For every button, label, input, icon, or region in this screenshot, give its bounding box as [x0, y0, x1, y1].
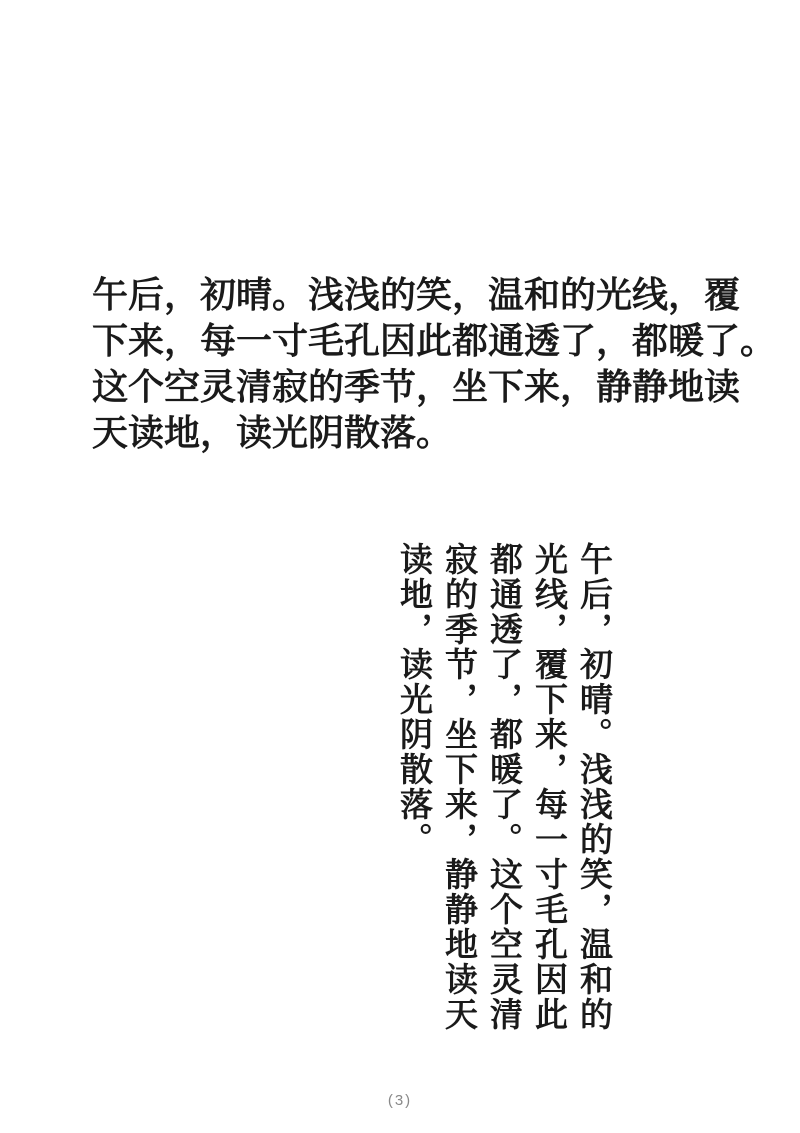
paragraph-line: 午后，初晴。浅浅的笑，温和的光线，覆 [92, 272, 732, 318]
vertical-column: 读地，读光阴散落。 [392, 542, 436, 857]
vertical-paragraph: 午后，初晴。浅浅的笑，温和的 光线，覆下来，每一寸毛孔因此 都通透了，都暖了。这… [384, 542, 624, 1032]
paragraph-line: 下来，每一寸毛孔因此都通透了，都暖了。 [92, 318, 732, 364]
horizontal-paragraph: 午后，初晴。浅浅的笑，温和的光线，覆 下来，每一寸毛孔因此都通透了，都暖了。 这… [92, 272, 732, 456]
vertical-column: 寂的季节，坐下来，静静地读天 [437, 542, 481, 1032]
page-number: (3) [0, 1092, 800, 1109]
paragraph-line: 天读地，读光阴散落。 [92, 410, 732, 456]
vertical-column: 都通透了，都暖了。这个空灵清 [482, 542, 526, 1032]
paragraph-line: 这个空灵清寂的季节，坐下来，静静地读 [92, 364, 732, 410]
vertical-column: 光线，覆下来，每一寸毛孔因此 [527, 542, 571, 1032]
vertical-column: 午后，初晴。浅浅的笑，温和的 [572, 542, 616, 1032]
